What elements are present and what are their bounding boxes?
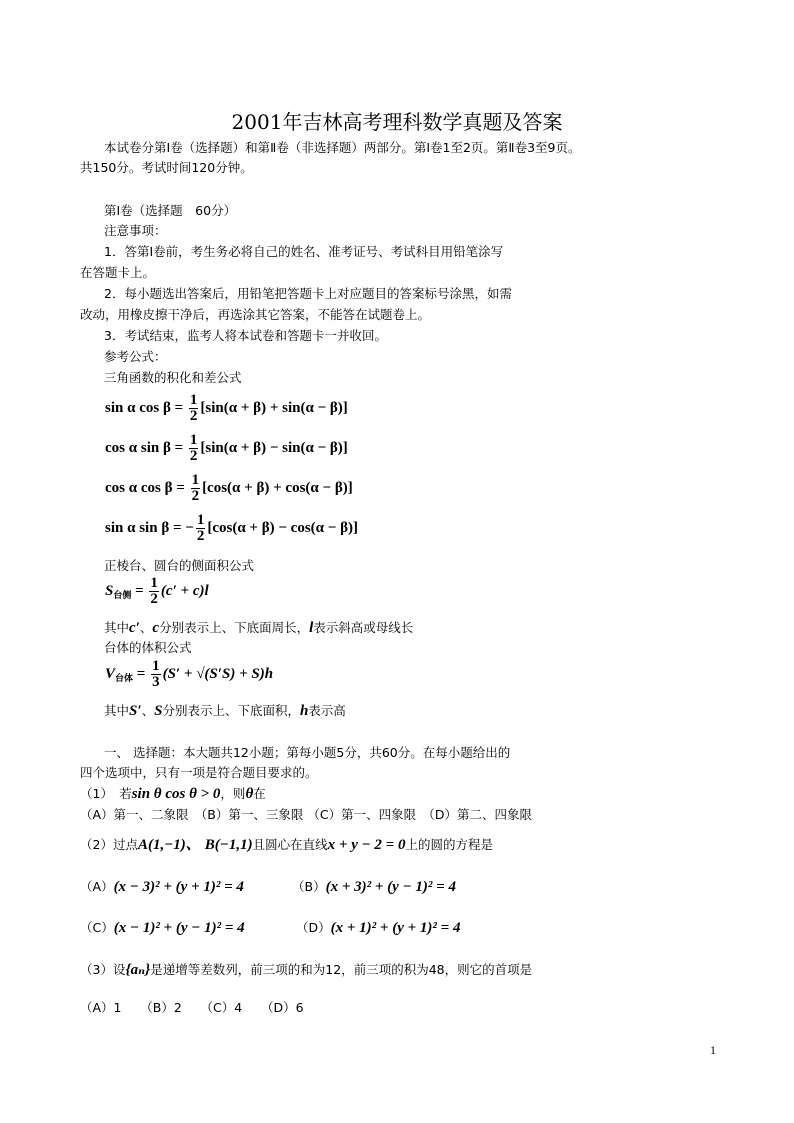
section1-line-2: 四个选项中，只有一项是符合题目要求的。 [80,765,318,780]
question-3: （3）设{aₙ}是递增等差数列，前三项的和为12，前三项的积为48，则它的首项是 [80,962,532,978]
intro-line-2: 共150分。考试时间120分钟。 [80,160,253,175]
notice-label: 注意事项： [104,223,167,238]
question-2-option-d: （D）(x + 1)² + (y + 1)² = 4 [296,920,460,936]
formula-1: sin α cos β = 12[sin(α + β) + sin(α − β)… [105,393,348,424]
question-1: （1） 若sin θ cos θ > 0，则θ在 [80,786,266,802]
volume-formula: V台体 = 13(S′ + √(S′S) + S)h [105,659,273,690]
trig-formula-label: 三角函数的积化和差公式 [104,370,242,385]
question-2-option-b: （B）(x + 3)² + (y − 1)² = 4 [292,879,456,895]
question-2-option-c: （C）(x − 1)² + (y − 1)² = 4 [80,920,245,936]
volume-desc: 其中S′、S分别表示上、下底面积，h表示高 [104,703,346,719]
notice-3: 3．考试结束，监考人将本试卷和答题卡一并收回。 [104,328,387,343]
lateral-area-desc: 其中c′、c分别表示上、下底面周长，l表示斜高或母线长 [104,620,413,636]
page-number: 1 [710,1043,716,1058]
lateral-area-label: 正棱台、圆台的侧面积公式 [104,558,254,573]
ref-formula-label: 参考公式： [104,349,167,364]
volume-label: 台体的体积公式 [104,640,192,655]
notice-1b: 在答题卡上。 [80,265,155,280]
question-2-option-a: （A）(x − 3)² + (y + 1)² = 4 [80,879,244,895]
lateral-area-formula: S台侧 = 12(c′ + c)l [105,576,209,607]
notice-2a: 2．每小题选出答案后，用铅笔把答题卡上对应题目的答案标号涂黑，如需 [104,286,512,301]
part1-heading: 第Ⅰ卷（选择题 60分） [104,203,236,218]
question-2: （2）过点A(1,−1)、 B(−1,1)且圆心在直线x + y − 2 = 0… [80,837,493,853]
formula-3: cos α cos β = 12[cos(α + β) + cos(α − β)… [105,473,353,504]
question-3-options: （A）1 （B）2 （C）4 （D）6 [80,1000,304,1015]
formula-4: sin α sin β = −12[cos(α + β) − cos(α − β… [105,513,358,544]
question-1-options: （A）第一、二象限 （B）第一、三象限 （C）第一、四象限 （D）第二、四象限 [80,807,532,822]
formula-2: cos α sin β = 12[sin(α + β) − sin(α − β)… [105,433,348,464]
notice-2b: 改动，用橡皮擦干净后，再选涂其它答案，不能答在试题卷上。 [80,307,430,322]
section1-line-1: 一、 选择题：本大题共12小题；第每小题5分，共60分。在每小题给出的 [104,745,510,760]
intro-line-1: 本试卷分第Ⅰ卷（选择题）和第Ⅱ卷（非选择题）两部分。第Ⅰ卷1至2页。第Ⅱ卷3至9… [104,140,581,155]
document-title: 2001年吉林高考理科数学真题及答案 [0,106,794,135]
notice-1a: 1．答第Ⅰ卷前，考生务必将自己的姓名、准考证号、考试科目用铅笔涂写 [104,244,503,259]
